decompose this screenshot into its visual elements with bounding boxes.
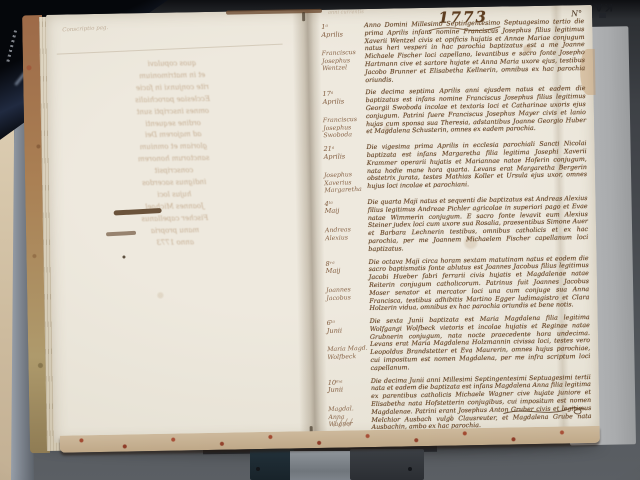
entry-margin-names: Franciscus Josephus Swoboda (323, 116, 365, 140)
signature-flourish (501, 403, 587, 419)
register-entries: 1ᵃ Aprilis Franciscus Josephus Wentzel A… (318, 18, 596, 443)
register-entry: 1ᵃ Aprilis Franciscus Josephus Wentzel A… (318, 18, 589, 85)
bleedthrough-inscription: quos copulavi et in matrimonium rite con… (71, 57, 276, 251)
page-spread: Conscriptio pag. quos copulavi et in mat… (46, 5, 600, 443)
entry-margin-date: 6ᵗᵃ Junii (327, 319, 368, 335)
entry-margin-names: Josephus Xaverius Margaretha (324, 171, 366, 195)
entry-text: Die decima septima Aprilis anni ejusdem … (365, 85, 590, 139)
book-cradle-left-block (250, 449, 294, 480)
entry-text: Die vigesima prima Aprilis in ecclesia p… (366, 140, 591, 194)
screw-icon (256, 467, 260, 471)
entry-text: Die quarta Maji natus et sequenti die ba… (367, 195, 592, 254)
entry-margin-names: Andreas Alexius (325, 226, 367, 243)
entry-margin-date: 17ᵃ Aprilis (322, 90, 363, 106)
register-entry: 8ᵛᵃ Maij Joannes Jacobus Die octava Maji… (323, 254, 594, 314)
margin-tally-marks (331, 417, 357, 427)
entry-margin-date: 1ᵃ Aprilis (321, 23, 362, 39)
camera-stand-label (6, 30, 17, 64)
ink-dot (122, 255, 125, 258)
entry-margin-date: 10ᵐᵃ Junii (328, 379, 369, 395)
page-corner-mark: N° (571, 9, 582, 18)
entry-text: Die octava Maji circa horam sextam matut… (369, 254, 594, 313)
manuscript-photo: KAISER Conscriptio pag. quos copulavi et… (0, 0, 640, 480)
book-cradle-strap (290, 451, 352, 480)
screw-icon (408, 467, 412, 471)
binding-stitch (302, 12, 305, 21)
open-register-book: Conscriptio pag. quos copulavi et in mat… (22, 3, 610, 456)
page-crease (57, 44, 283, 55)
entry-margin-names: Joannes Jacobus (326, 285, 368, 302)
entry-margin-names: Franciscus Josephus Wentzel (322, 49, 364, 73)
right-page: anni currentis 1773 N° 1ᵃ Aprilis Franci… (318, 5, 596, 434)
register-entry: 6ᵗᵃ Junii Maria Magd. Wolfbeck Die sexta… (324, 314, 595, 374)
right-page-faint-header: anni currentis (328, 9, 364, 16)
left-page-faint-note: Conscriptio pag. (62, 25, 108, 33)
register-entry: 17ᵃ Aprilis Franciscus Josephus Swoboda … (319, 85, 590, 140)
entry-text: Anno Domini Millesimo Septingentesimo Se… (364, 18, 589, 84)
cross-mark: † (449, 414, 453, 422)
register-entry: 21ᵃ Aprilis Josephus Xaverius Margaretha… (320, 140, 591, 195)
entry-text: Die sexta Junii baptizata est Maria Magd… (370, 314, 595, 373)
entry-margin-date: 21ᵃ Aprilis (323, 145, 364, 161)
entry-margin-date: 8ᵛᵃ Maij (326, 260, 367, 276)
register-entry: 4ᵗᵃ Maij Andreas Alexius Die quarta Maji… (321, 195, 592, 255)
left-page: Conscriptio pag. quos copulavi et in mat… (52, 16, 298, 436)
entry-margin-names: Maria Magd. Wolfbeck (327, 345, 369, 362)
entry-margin-date: 4ᵗᵃ Maij (324, 200, 365, 216)
book-cradle-right-block (350, 449, 424, 480)
